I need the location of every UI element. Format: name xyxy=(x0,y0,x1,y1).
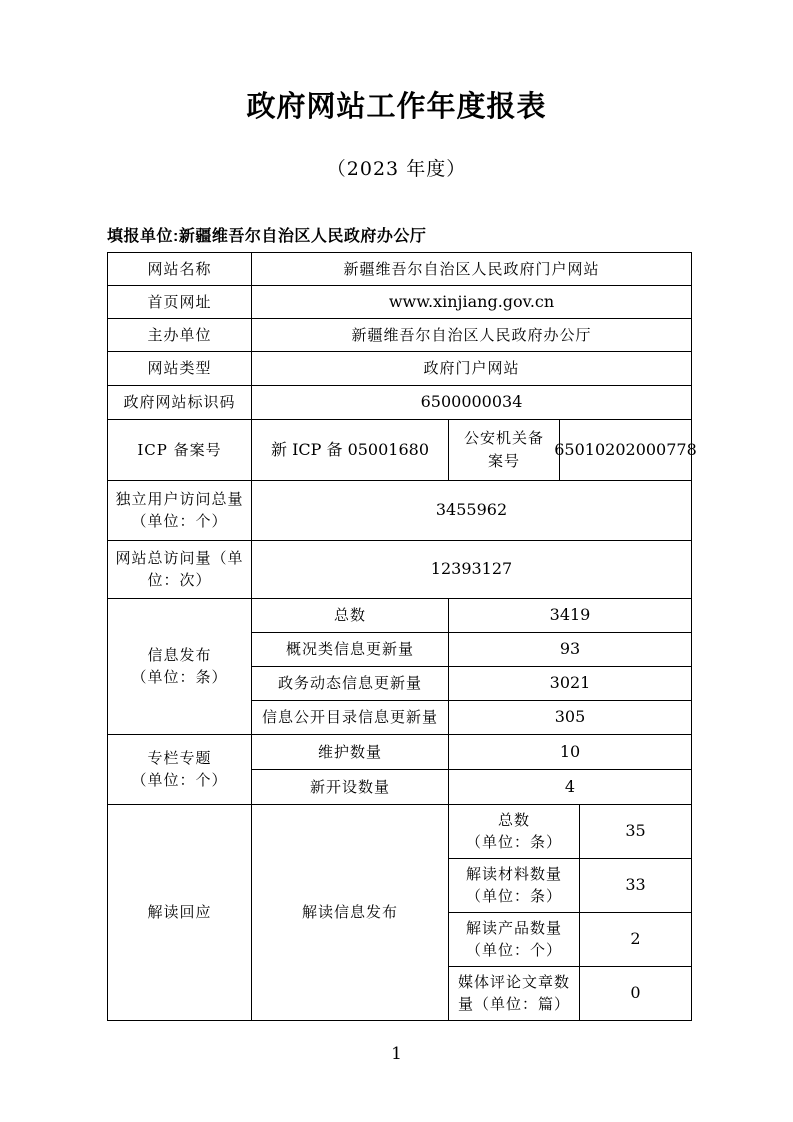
site-id-code-value: 6500000034 xyxy=(252,386,692,420)
special-columns-label: 专栏专题 （单位：个） xyxy=(108,735,252,805)
unique-visitors-label: 独立用户访问总量 （单位：个） xyxy=(108,481,252,541)
info-publish-label: 信息发布 （单位：条） xyxy=(108,599,252,735)
interp-total-label: 总数 （单位：条） xyxy=(449,805,580,859)
homepage-url-label: 首页网址 xyxy=(108,286,252,319)
info-dynamic-label: 政务动态信息更新量 xyxy=(252,667,449,701)
report-table: 网站名称 新疆维吾尔自治区人民政府门户网站 首页网址 www.xinjiang.… xyxy=(107,252,692,1021)
interp-products-value: 2 xyxy=(580,913,692,967)
table-block-interpretation: 解读回应 解读信息发布 总数 （单位：条） 35 解读材料数量 （单位：条） 3… xyxy=(108,805,692,1021)
special-columns-subrows: 维护数量 10 新开设数量 4 xyxy=(252,735,692,805)
interpretation-label: 解读回应 xyxy=(108,805,252,1021)
table-row-interp-media-articles: 媒体评论文章数 量（单位：篇） 0 xyxy=(449,967,692,1021)
table-row-homepage-url: 首页网址 www.xinjiang.gov.cn xyxy=(108,286,692,319)
police-record-label: 公安机关备 案号 xyxy=(449,420,560,481)
table-row-newly-opened-count: 新开设数量 4 xyxy=(252,770,692,805)
table-row-interp-products: 解读产品数量 （单位：个） 2 xyxy=(449,913,692,967)
table-row-website-type: 网站类型 政府门户网站 xyxy=(108,352,692,386)
newly-opened-count-value: 4 xyxy=(449,770,692,805)
info-directory-label: 信息公开目录信息更新量 xyxy=(252,701,449,735)
website-name-label: 网站名称 xyxy=(108,253,252,286)
info-overview-value: 93 xyxy=(449,633,692,667)
info-total-label: 总数 xyxy=(252,599,449,633)
page-title: 政府网站工作年度报表 xyxy=(0,0,793,124)
icp-value: 新 ICP 备 05001680 xyxy=(252,420,449,481)
page-subtitle: （2023 年度） xyxy=(0,154,793,181)
info-overview-label: 概况类信息更新量 xyxy=(252,633,449,667)
table-block-special-columns: 专栏专题 （单位：个） 维护数量 10 新开设数量 4 xyxy=(108,735,692,805)
maintained-count-label: 维护数量 xyxy=(252,735,449,770)
unique-visitors-value: 3455962 xyxy=(252,481,692,541)
interpretation-subrows: 总数 （单位：条） 35 解读材料数量 （单位：条） 33 解读产品数量 （单位… xyxy=(449,805,692,1021)
table-row-total-visits: 网站总访问量（单 位：次） 12393127 xyxy=(108,541,692,599)
interpretation-sub-label: 解读信息发布 xyxy=(252,805,449,1021)
table-row-interp-materials: 解读材料数量 （单位：条） 33 xyxy=(449,859,692,913)
website-type-value: 政府门户网站 xyxy=(252,352,692,386)
interp-media-articles-label: 媒体评论文章数 量（单位：篇） xyxy=(449,967,580,1021)
table-row-maintained-count: 维护数量 10 xyxy=(252,735,692,770)
info-publish-subrows: 总数 3419 概况类信息更新量 93 政务动态信息更新量 3021 信息公开目… xyxy=(252,599,692,735)
table-row-icp: ICP 备案号 新 ICP 备 05001680 公安机关备 案号 650102… xyxy=(108,420,692,481)
host-unit-value: 新疆维吾尔自治区人民政府办公厅 xyxy=(252,319,692,352)
total-visits-value: 12393127 xyxy=(252,541,692,599)
site-id-code-label: 政府网站标识码 xyxy=(108,386,252,420)
maintained-count-value: 10 xyxy=(449,735,692,770)
reporting-unit-line: 填报单位:新疆维吾尔自治区人民政府办公厅 xyxy=(107,223,793,246)
interp-materials-label: 解读材料数量 （单位：条） xyxy=(449,859,580,913)
table-row-host-unit: 主办单位 新疆维吾尔自治区人民政府办公厅 xyxy=(108,319,692,352)
table-block-info-publish: 信息发布 （单位：条） 总数 3419 概况类信息更新量 93 政务动态信息更新… xyxy=(108,599,692,735)
report-page: 政府网站工作年度报表 （2023 年度） 填报单位:新疆维吾尔自治区人民政府办公… xyxy=(0,0,793,1122)
table-row-info-directory: 信息公开目录信息更新量 305 xyxy=(252,701,692,735)
page-number: 1 xyxy=(0,1044,793,1064)
table-row-info-overview: 概况类信息更新量 93 xyxy=(252,633,692,667)
table-row-unique-visitors: 独立用户访问总量 （单位：个） 3455962 xyxy=(108,481,692,541)
interp-total-value: 35 xyxy=(580,805,692,859)
website-type-label: 网站类型 xyxy=(108,352,252,386)
icp-label: ICP 备案号 xyxy=(108,420,252,481)
table-row-interp-total: 总数 （单位：条） 35 xyxy=(449,805,692,859)
table-row-website-name: 网站名称 新疆维吾尔自治区人民政府门户网站 xyxy=(108,253,692,286)
table-row-info-total: 总数 3419 xyxy=(252,599,692,633)
interp-materials-value: 33 xyxy=(580,859,692,913)
info-directory-value: 305 xyxy=(449,701,692,735)
host-unit-label: 主办单位 xyxy=(108,319,252,352)
interp-media-articles-value: 0 xyxy=(580,967,692,1021)
newly-opened-count-label: 新开设数量 xyxy=(252,770,449,805)
info-total-value: 3419 xyxy=(449,599,692,633)
police-record-value: 65010202000778 xyxy=(560,420,692,481)
table-row-info-dynamic: 政务动态信息更新量 3021 xyxy=(252,667,692,701)
interp-products-label: 解读产品数量 （单位：个） xyxy=(449,913,580,967)
table-row-site-id-code: 政府网站标识码 6500000034 xyxy=(108,386,692,420)
info-dynamic-value: 3021 xyxy=(449,667,692,701)
homepage-url-value: www.xinjiang.gov.cn xyxy=(252,286,692,319)
website-name-value: 新疆维吾尔自治区人民政府门户网站 xyxy=(252,253,692,286)
total-visits-label: 网站总访问量（单 位：次） xyxy=(108,541,252,599)
